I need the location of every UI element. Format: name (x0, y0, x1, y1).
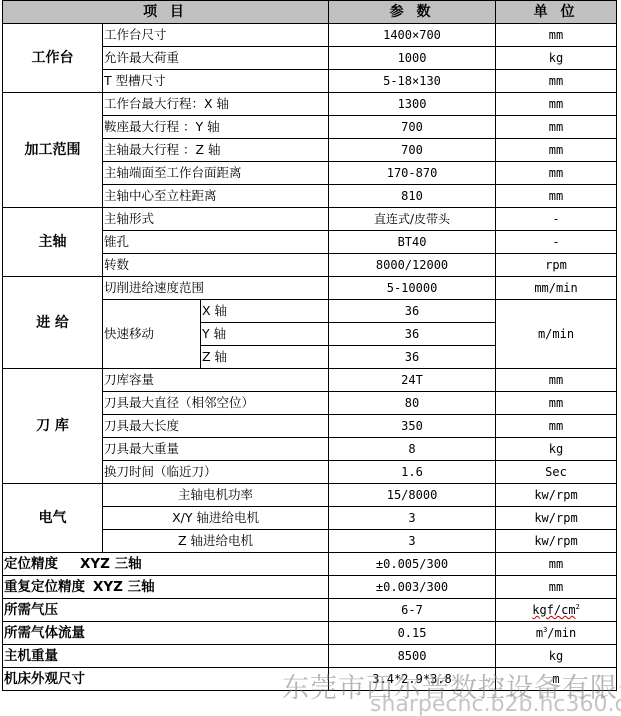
item-value: 3 (329, 530, 496, 553)
item-unit: mm (496, 553, 617, 576)
item-unit: mm (496, 369, 617, 392)
item-unit: Sec (496, 461, 617, 484)
item-value: 24T (329, 369, 496, 392)
item-label: 定位精度XYZ 三轴 (3, 553, 329, 576)
category-feed: 进 给 (3, 277, 103, 369)
item-label-rapid: 快速移动 (103, 300, 201, 369)
item-value: 6-7 (329, 599, 496, 622)
axis-label: Y 轴 (201, 323, 329, 346)
header-param: 参 数 (329, 1, 496, 24)
item-value: 3.4*2.9*3.8 (329, 668, 496, 691)
table-row: 工作台 工作台尺寸 1400×700 mm (3, 24, 617, 47)
category-worktable: 工作台 (3, 24, 103, 93)
axis-label: X 轴 (201, 300, 329, 323)
axis-label: Z 轴 (201, 346, 329, 369)
item-value: 36 (329, 323, 496, 346)
item-unit: mm (496, 162, 617, 185)
item-label: 所需气压 (3, 599, 329, 622)
item-unit: m3/min (496, 622, 617, 645)
item-label: 主轴形式 (103, 208, 329, 231)
item-label: 刀库容量 (103, 369, 329, 392)
item-unit: mm (496, 415, 617, 438)
item-value: 8 (329, 438, 496, 461)
watermark-site: sharpecnc.b2b.hc360.com (370, 692, 621, 716)
item-unit: kg (496, 47, 617, 70)
item-label: 转数 (103, 254, 329, 277)
item-unit: mm (496, 70, 617, 93)
unit-tail: /min (547, 626, 576, 640)
item-value: 810 (329, 185, 496, 208)
header-row: 项 目 参 数 单 位 (3, 1, 617, 24)
item-unit: m (496, 668, 617, 691)
item-label: 工作台尺寸 (103, 24, 329, 47)
item-unit: kw/rpm (496, 484, 617, 507)
item-unit: mm/min (496, 277, 617, 300)
item-unit: kgf/cm2 (496, 599, 617, 622)
item-value: 5-18×130 (329, 70, 496, 93)
item-unit: mm (496, 24, 617, 47)
item-value: 36 (329, 346, 496, 369)
item-unit: mm (496, 116, 617, 139)
unit-main: kgf/cm (532, 603, 575, 617)
category-magazine: 刀 库 (3, 369, 103, 484)
item-unit: - (496, 231, 617, 254)
category-electric: 电气 (3, 484, 103, 553)
item-unit: rpm (496, 254, 617, 277)
item-value: 1.6 (329, 461, 496, 484)
item-value: 8000/12000 (329, 254, 496, 277)
item-label: 工作台最大行程：X 轴 (103, 93, 329, 116)
item-value: 直连式/皮带头 (329, 208, 496, 231)
spec-table: 项 目 参 数 单 位 工作台 工作台尺寸 1400×700 mm 允许最大荷重… (2, 0, 617, 691)
item-unit: kw/rpm (496, 507, 617, 530)
table-row: 主轴 主轴形式 直连式/皮带头 - (3, 208, 617, 231)
item-unit: kg (496, 645, 617, 668)
item-label: 锥孔 (103, 231, 329, 254)
item-label: X/Y 轴进给电机 (103, 507, 329, 530)
header-item: 项 目 (3, 1, 329, 24)
misc-sublabel: XYZ 三轴 (93, 576, 155, 598)
item-value: ±0.005/300 (329, 553, 496, 576)
table-row: 所需气压 6-7 kgf/cm2 (3, 599, 617, 622)
item-value: 36 (329, 300, 496, 323)
item-unit: mm (496, 576, 617, 599)
misc-label: 定位精度 (4, 556, 58, 572)
item-unit: kw/rpm (496, 530, 617, 553)
item-value: 80 (329, 392, 496, 415)
item-unit: - (496, 208, 617, 231)
item-unit: kg (496, 438, 617, 461)
header-unit: 单 位 (496, 1, 617, 24)
item-value: ±0.003/300 (329, 576, 496, 599)
item-unit: mm (496, 392, 617, 415)
item-value: 15/8000 (329, 484, 496, 507)
item-value: 0.15 (329, 622, 496, 645)
item-value: 170-870 (329, 162, 496, 185)
item-label: 鞍座最大行程 ：Y 轴 (103, 116, 329, 139)
item-label: 机床外观尺寸 (3, 668, 329, 691)
item-label: 刀具最大重量 (103, 438, 329, 461)
table-row: 刀 库 刀库容量 24T mm (3, 369, 617, 392)
item-label: 主轴最大行程 ：Z 轴 (103, 139, 329, 162)
item-label: 所需气体流量 (3, 622, 329, 645)
item-label: 刀具最大长度 (103, 415, 329, 438)
table-row: 所需气体流量 0.15 m3/min (3, 622, 617, 645)
item-value: BT40 (329, 231, 496, 254)
item-label: 主机重量 (3, 645, 329, 668)
misc-label: 重复定位精度 (4, 579, 85, 595)
item-label: 主轴端面至工作台面距离 (103, 162, 329, 185)
item-value: 5-10000 (329, 277, 496, 300)
item-label: T 型槽尺寸 (103, 70, 329, 93)
table-row: 机床外观尺寸 3.4*2.9*3.8 m (3, 668, 617, 691)
table-row: 进 给 切削进给速度范围 5-10000 mm/min (3, 277, 617, 300)
item-value: 1000 (329, 47, 496, 70)
category-range: 加工范围 (3, 93, 103, 208)
item-value: 1300 (329, 93, 496, 116)
item-unit: mm (496, 185, 617, 208)
item-value: 8500 (329, 645, 496, 668)
item-label: 主轴电机功率 (103, 484, 329, 507)
misc-sublabel: XYZ 三轴 (80, 553, 142, 575)
item-value: 700 (329, 139, 496, 162)
item-value: 350 (329, 415, 496, 438)
item-unit: mm (496, 93, 617, 116)
table-row: 定位精度XYZ 三轴 ±0.005/300 mm (3, 553, 617, 576)
unit-main: m (536, 626, 543, 640)
item-value: 1400×700 (329, 24, 496, 47)
item-label: Z 轴进给电机 (103, 530, 329, 553)
table-row: 重复定位精度XYZ 三轴 ±0.003/300 mm (3, 576, 617, 599)
item-label: 切削进给速度范围 (103, 277, 329, 300)
item-unit: m/min (496, 300, 617, 369)
item-value: 3 (329, 507, 496, 530)
item-unit: mm (496, 139, 617, 162)
item-label: 刀具最大直径（相邻空位） (103, 392, 329, 415)
table-row: 加工范围 工作台最大行程：X 轴 1300 mm (3, 93, 617, 116)
item-label: 重复定位精度XYZ 三轴 (3, 576, 329, 599)
item-label: 换刀时间（临近刀） (103, 461, 329, 484)
item-label: 允许最大荷重 (103, 47, 329, 70)
table-row: 主机重量 8500 kg (3, 645, 617, 668)
table-row: 电气 主轴电机功率 15/8000 kw/rpm (3, 484, 617, 507)
item-label: 主轴中心至立柱距离 (103, 185, 329, 208)
category-spindle: 主轴 (3, 208, 103, 277)
unit-sup: 2 (576, 603, 580, 611)
item-value: 700 (329, 116, 496, 139)
